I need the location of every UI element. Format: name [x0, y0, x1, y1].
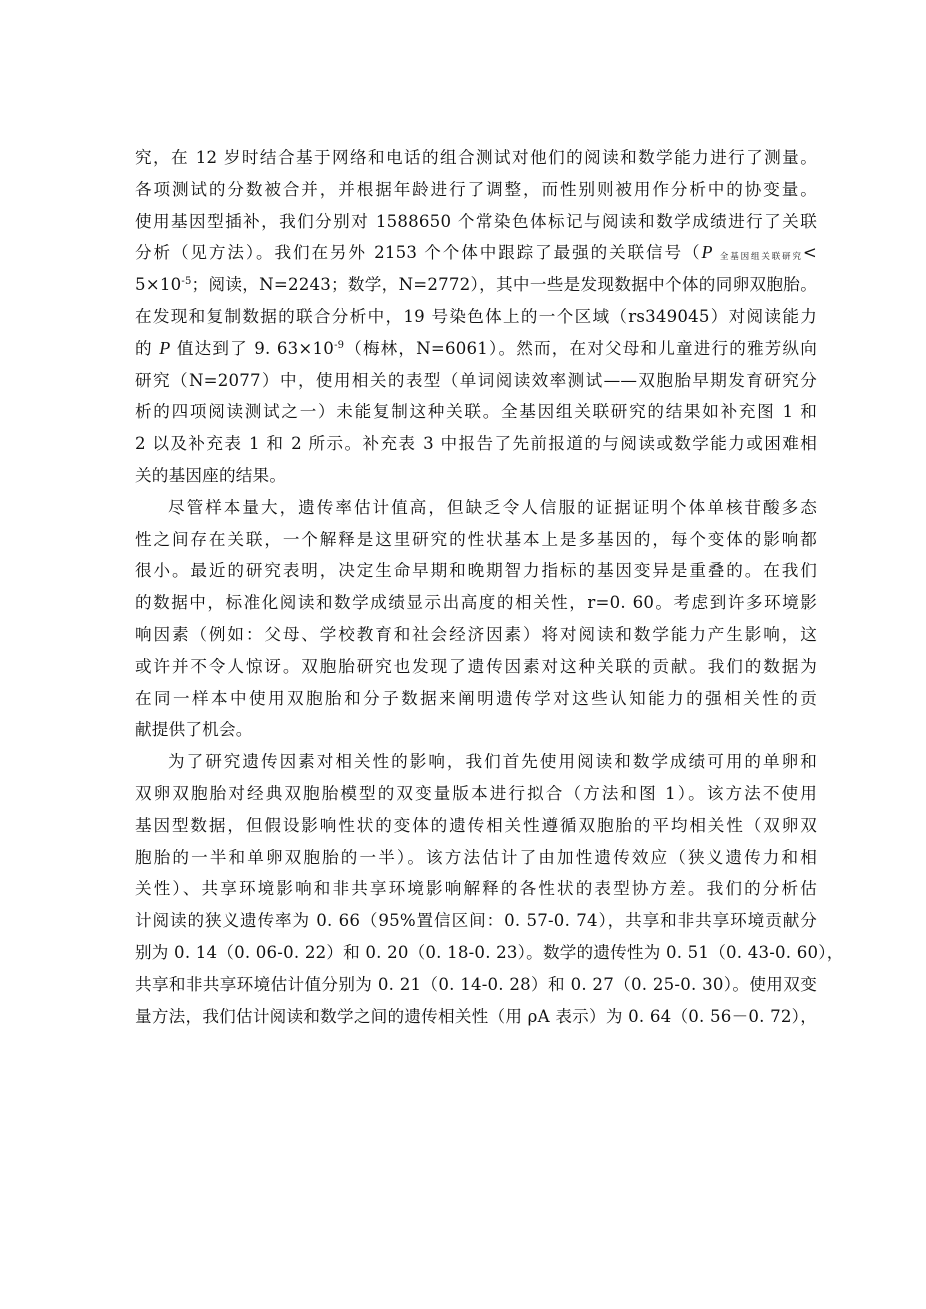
text-line: 使用基因型插补，我们分别对 1588650 个常染色体标记与阅读和数学成绩进行了… [135, 206, 817, 238]
text-line: 性之间存在关联，一个解释是这里研究的性状基本上是多基因的，每个变体的影响都 [135, 524, 817, 556]
text-line: 胞胎的一半和单卵双胞胎的一半）。该方法估计了由加性遗传效应（狭义遗传力和相 [135, 842, 817, 874]
text-line: 双卵双胞胎对经典双胞胎模型的双变量版本进行拟合（方法和图 1）。该方法不使用 [135, 778, 817, 810]
text-line: 或许并不令人惊讶。双胞胎研究也发现了遗传因素对这种关联的贡献。我们的数据为 [135, 651, 817, 683]
exponent: -9 [334, 340, 344, 351]
text-span: 5×10 [135, 275, 181, 294]
text-line: 尽管样本量大，遗传率估计值高，但缺乏令人信服的证据证明个体单核苷酸多态 [135, 492, 817, 524]
text-line: 析的四项阅读测试之一）未能复制这种关联。全基因组关联研究的结果如补充图 1 和 [135, 396, 817, 428]
text-line: 5×10-5；阅读，N=2243；数学，N=2772），其中一些是发现数据中个体… [135, 269, 817, 301]
text-line: 的数据中，标准化阅读和数学成绩显示出高度的相关性，r=0. 60。考虑到许多环境… [135, 587, 817, 619]
document-page: 究，在 12 岁时结合基于网络和电话的组合测试对他们的阅读和数学能力进行了测量。… [135, 142, 817, 1032]
exponent: -5 [181, 276, 191, 287]
text-line: 别为 0. 14（0. 06-0. 22）和 0. 20（0. 18-0. 23… [135, 937, 817, 969]
subscript-label: 全基因组关联研究 [720, 252, 803, 262]
p-value-symbol: P [701, 242, 712, 262]
paragraph-1: 究，在 12 岁时结合基于网络和电话的组合测试对他们的阅读和数学能力进行了测量。… [135, 142, 817, 492]
text-line: 为了研究遗传因素对相关性的影响，我们首先使用阅读和数学成绩可用的单卵和 [135, 746, 817, 778]
p-value-symbol: P [159, 338, 170, 358]
paragraph-2: 尽管样本量大，遗传率估计值高，但缺乏令人信服的证据证明个体单核苷酸多态 性之间存… [135, 492, 817, 746]
text-line: 的 P 值达到了 9. 63×10-9（梅林，N=6061）。然而，在对父母和儿… [135, 333, 817, 365]
text-line: 究，在 12 岁时结合基于网络和电话的组合测试对他们的阅读和数学能力进行了测量。 [135, 142, 817, 174]
text-line: 很小。最近的研究表明，决定生命早期和晚期智力指标的基因变异是重叠的。在我们 [135, 555, 817, 587]
text-line: 在同一样本中使用双胞胎和分子数据来阐明遗传学对这些认知能力的强相关性的贡 [135, 683, 817, 715]
text-line: 响因素（例如：父母、学校教育和社会经济因素）将对阅读和数学能力产生影响，这 [135, 619, 817, 651]
text-line: 各项测试的分数被合并，并根据年龄进行了调整，而性别则被用作分析中的协变量。 [135, 174, 817, 206]
text-span: 值达到了 9. 63×10 [170, 339, 334, 358]
text-span: 的 [135, 339, 159, 358]
text-line: 献提供了机会。 [135, 714, 817, 746]
text-line: 共享和非共享环境估计值分别为 0. 21（0. 14-0. 28）和 0. 27… [135, 969, 817, 1001]
text-line: 计阅读的狭义遗传率为 0. 66（95%置信区间：0. 57-0. 74），共享… [135, 905, 817, 937]
text-line: 关性）、共享环境影响和非共享环境影响解释的各性状的表型协方差。我们的分析估 [135, 873, 817, 905]
text-span: （梅林，N=6061）。然而，在对父母和儿童进行的雅芳纵向 [344, 339, 817, 358]
less-than-sign: < [803, 243, 817, 262]
text-line: 研究（N=2077）中，使用相关的表型（单词阅读效率测试——双胞胎早期发育研究分 [135, 365, 817, 397]
text-line: 基因型数据，但假设影响性状的变体的遗传相关性遵循双胞胎的平均相关性（双卵双 [135, 810, 817, 842]
text-line: 分析（见方法）。我们在另外 2153 个个体中跟踪了最强的关联信号（P 全基因组… [135, 237, 817, 269]
text-line: 2 以及补充表 1 和 2 所示。补充表 3 中报告了先前报道的与阅读或数学能力… [135, 428, 817, 460]
paragraph-3: 为了研究遗传因素对相关性的影响，我们首先使用阅读和数学成绩可用的单卵和 双卵双胞… [135, 746, 817, 1032]
text-line: 在发现和复制数据的联合分析中，19 号染色体上的一个区域（rs349045）对阅… [135, 301, 817, 333]
text-span: 分析（见方法）。我们在另外 2153 个个体中跟踪了最强的关联信号（ [135, 243, 701, 262]
text-span: ；阅读，N=2243；数学，N=2772），其中一些是发现数据中个体的同卵双胞胎… [192, 275, 817, 294]
text-line: 量方法，我们估计阅读和数学之间的遗传相关性（用 ρA 表示）为 0. 64（0.… [135, 1001, 817, 1033]
text-line: 关的基因座的结果。 [135, 460, 817, 492]
